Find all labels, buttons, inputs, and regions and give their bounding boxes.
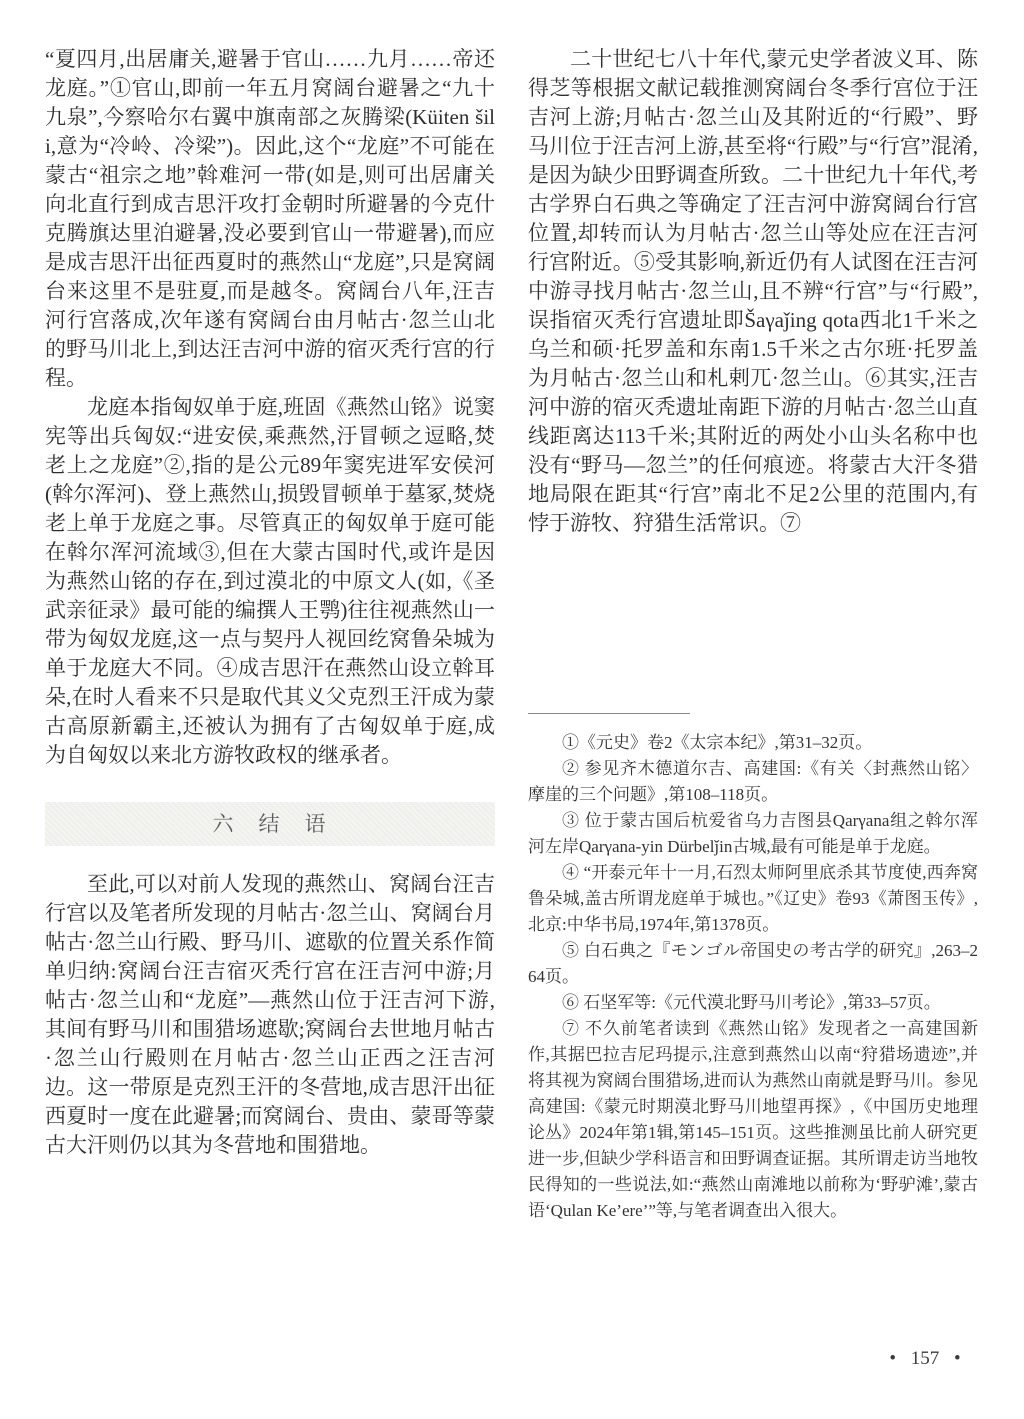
paragraph-conclusion: 至此,可以对前人发现的燕然山、窝阔台汪吉行宫以及笔者所发现的月帖古·忽兰山、窝阔… [45, 870, 495, 1160]
footnote-1: ①《元史》卷2《太宗本纪》,第31–32页。 [528, 730, 978, 756]
footnote-7: ⑦ 不久前笔者读到《燕然山铭》发现者之一高建国新作,其据巴拉吉尼玛提示,注意到燕… [528, 1016, 978, 1224]
footnote-4: ④ “开泰元年十一月,石烈太师阿里底杀其节度使,西奔窝鲁朵城,盖古所谓龙庭单于城… [528, 860, 978, 938]
footnote-5: ⑤ 白石典之『モンゴル帝国史の考古学的研究』,263–264页。 [528, 938, 978, 990]
paper-page: “夏四月,出居庸关,避暑于官山……九月……帝还龙庭。”①官山,即前一年五月窝阔台… [0, 0, 1024, 1419]
footnote-2: ② 参见齐木德道尔吉、高建国:《有关〈封燕然山铭〉摩崖的三个问题》,第108–1… [528, 756, 978, 808]
left-column: “夏四月,出居庸关,避暑于官山……九月……帝还龙庭。”①官山,即前一年五月窝阔台… [45, 45, 495, 1160]
footnote-3: ③ 位于蒙古国后杭爱省乌力吉图县Qarγana组之斡尔浑河左岸Qarγana-y… [528, 808, 978, 860]
page-number: • 157 • [845, 1348, 1005, 1370]
paragraph-continuation: “夏四月,出居庸关,避暑于官山……九月……帝还龙庭。”①官山,即前一年五月窝阔台… [45, 45, 495, 393]
footnote-6: ⑥ 石坚军等:《元代漠北野马川考论》,第33–57页。 [528, 990, 978, 1016]
paragraph-longting: 龙庭本指匈奴单于庭,班固《燕然山铭》说窦宪等出兵匈奴:“进安侯,乘燕然,汙冒顿之… [45, 393, 495, 770]
footnotes-block: ①《元史》卷2《太宗本纪》,第31–32页。 ② 参见齐木德道尔吉、高建国:《有… [528, 713, 978, 1224]
right-column: 二十世纪七八十年代,蒙元史学者波义耳、陈得芝等根据文献记载推测窝阔台冬季行宫位于… [528, 45, 978, 1375]
paragraph-scholars: 二十世纪七八十年代,蒙元史学者波义耳、陈得芝等根据文献记载推测窝阔台冬季行宫位于… [528, 45, 978, 538]
section-heading-conclusion: 六 结 语 [45, 802, 495, 846]
footnote-separator-rule [528, 713, 690, 714]
